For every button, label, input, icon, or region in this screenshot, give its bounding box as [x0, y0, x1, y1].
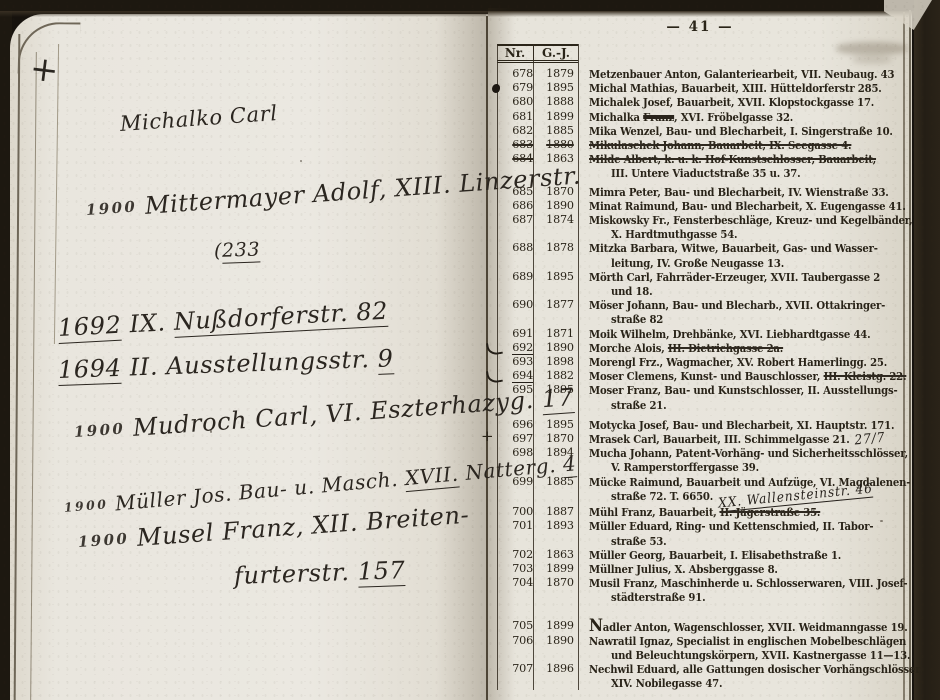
- directory-row: 7071896Nechwil Eduard, alle Gattungen do…: [498, 662, 912, 690]
- entry-year-cell: 1874: [538, 213, 582, 241]
- entry-number-cell: 695: [498, 383, 538, 411]
- printed-text: Morengl Frz., Wagmacher, XV. Robert Hame…: [589, 355, 887, 369]
- entry-text-line: Mörth Carl, Fahrräder-Erzeuger, XVII. Ta…: [589, 270, 880, 284]
- entry-text-line: Mühl Franz, Bauarbeit, II. Jägerstraße 3…: [589, 505, 880, 519]
- entry-year-cell: 1885: [538, 475, 582, 505]
- printed-text: Moser Franz, Bau- und Kunstschlosser, II…: [589, 383, 898, 397]
- printed-text: Franz: [643, 110, 674, 124]
- entry-year-cell: 1899: [538, 619, 582, 634]
- entry-number: 690: [512, 298, 533, 311]
- directory-row: 6841863Milde Albert, k. u. k. Hof-Kunsts…: [498, 152, 912, 180]
- directory-row: 6961895Motycka Josef, Bau- und Blecharbe…: [498, 418, 912, 432]
- column-header-nr: Nr.: [497, 46, 533, 60]
- handwritten-text: furterstr.: [234, 558, 359, 590]
- entry-text-cell: Mörth Carl, Fahrräder-Erzeuger, XVII. Ta…: [582, 270, 912, 298]
- entry-text-line: Morengl Frz., Wagmacher, XV. Robert Hame…: [589, 355, 887, 369]
- entry-number: 685: [512, 185, 533, 198]
- entry-text-line: Müller Eduard, Ring- und Kettenschmied, …: [589, 519, 880, 533]
- directory-row: 6791895Michal Mathias, Bauarbeit, XIII. …: [498, 81, 912, 95]
- entry-year-cell: 1896: [538, 662, 582, 690]
- entry-number: 703: [512, 562, 533, 575]
- entry-text-cell: Morengl Frz., Wagmacher, XV. Robert Hame…: [582, 355, 920, 369]
- entry-text-line: Nawratil Ignaz, Specialist in englischen…: [589, 634, 908, 648]
- column-header-gj: G.-J.: [533, 46, 578, 60]
- entry-number: 695: [512, 383, 533, 396]
- entry-number: 684: [512, 152, 533, 165]
- printed-text: II. Jägerstraße 35.: [720, 505, 820, 519]
- directory-row: 6881878Mitzka Barbara, Witwe, Bauarbeit,…: [498, 241, 912, 269]
- entry-year: 1895: [546, 270, 574, 283]
- gutter-shadow: [436, 14, 486, 700]
- entry-text-line: Motycka Josef, Bau- und Blecharbeit, XI.…: [589, 418, 894, 432]
- printed-text: Müller Georg, Bauarbeit, I. Elisabethstr…: [589, 548, 841, 562]
- entry-text-continuation: städterstraße 91.: [611, 590, 910, 604]
- entry-text-line: Michal Mathias, Bauarbeit, XIII. Hütteld…: [589, 81, 882, 95]
- entry-number: 706: [512, 634, 533, 647]
- entry-text-line: Moik Wilhelm, Drehbänke, XVI. Liebhardtg…: [589, 327, 880, 341]
- printed-text: N: [589, 616, 603, 636]
- entry-number-cell: 699: [498, 475, 538, 505]
- entry-year-cell: 1893: [538, 519, 582, 547]
- directory-row: 6941882Moser Clemens, Kunst- und Bauschl…: [498, 369, 912, 383]
- entry-text-line: Mika Wenzel, Bau- und Blecharbeit, I. Si…: [589, 124, 893, 138]
- printed-text: Miskowsky Fr., Fensterbeschläge, Kreuz- …: [589, 213, 913, 227]
- directory-row: 6921890Morche Alois, III. Dietrichgasse …: [498, 341, 912, 355]
- directory-row: 7021863Müller Georg, Bauarbeit, I. Elisa…: [498, 548, 912, 562]
- printed-text: leitung, IV. Große Neugasse 13.: [611, 256, 784, 270]
- printed-text: Morche Alois,: [589, 341, 668, 355]
- entry-year: 1863: [546, 548, 574, 561]
- entry-text-line: Mrasek Carl, Bauarbeit, III. Schimmelgas…: [589, 432, 886, 446]
- printed-text: III. Dietrichgasse 2a.: [668, 341, 783, 355]
- entry-year-cell: 1899: [538, 562, 582, 576]
- entry-text-cell: Mimra Peter, Bau- und Blecharbeit, IV. W…: [582, 185, 922, 199]
- entry-number: 691: [512, 327, 533, 340]
- handwritten-text: 1900: [85, 197, 145, 219]
- printed-text: Minat Raimund, Bau- und Blecharbeit, X. …: [589, 199, 906, 213]
- handwritten-text: 233: [222, 238, 261, 263]
- entry-year-cell: 1894: [538, 446, 582, 474]
- printed-text: Nawratil Ignaz, Specialist in englischen…: [589, 634, 906, 648]
- printed-text: straße 72. T. 6650.: [611, 489, 716, 503]
- entry-year: 1885: [546, 124, 574, 137]
- entry-number: 704: [512, 576, 533, 589]
- printed-text: Mühl Franz, Bauarbeit,: [589, 505, 720, 519]
- book-scan: + Michalko Carl1900 Mittermayer Adolf, X…: [0, 0, 940, 700]
- handwritten-entry: (233: [214, 238, 261, 262]
- printed-text: XIV. Nobilegasse 47.: [611, 676, 722, 690]
- entry-number-cell: 691: [498, 327, 538, 341]
- entry-number-cell: 683: [498, 138, 538, 152]
- entry-text-cell: Michalka Franz, XVI. Fröbelgasse 32.: [582, 110, 912, 124]
- entry-number-cell: 687: [498, 213, 538, 241]
- entry-year: 1895: [546, 383, 574, 396]
- entry-year: 1896: [546, 662, 574, 675]
- paper-speck: [300, 160, 302, 162]
- entry-year-cell: 1878: [538, 241, 582, 269]
- entry-year: 1895: [546, 418, 574, 431]
- printed-text: Milde Albert, k. u. k. Hof-Kunstschlosse…: [589, 152, 876, 166]
- directory-row: 6861890Minat Raimund, Bau- und Blecharbe…: [498, 199, 912, 213]
- entry-year: 1879: [546, 67, 574, 80]
- entry-text-cell: Müller Eduard, Ring- und Kettenschmied, …: [582, 519, 912, 547]
- printed-text: städterstraße 91.: [611, 590, 705, 604]
- printed-text: Mrasek Carl, Bauarbeit, III. Schimmelgas…: [589, 432, 853, 446]
- printed-text: , XVI. Fröbelgasse 32.: [674, 110, 793, 124]
- directory-row: 7031899Müllner Julius, X. Absberggasse 8…: [498, 562, 912, 576]
- entry-text-continuation: straße 53.: [611, 534, 882, 548]
- entry-text-continuation: und 18.: [611, 284, 882, 298]
- handwritten-text: 1900: [77, 529, 137, 551]
- table-header: Nr. G.-J.: [497, 44, 578, 63]
- entry-text-line: Moser Clemens, Kunst- und Bauschlosser, …: [589, 369, 906, 383]
- entry-number: 701: [512, 519, 533, 532]
- directory-row: +6971870Mrasek Carl, Bauarbeit, III. Sch…: [498, 432, 912, 446]
- directory-row: 7011893Müller Eduard, Ring- und Kettensc…: [498, 519, 912, 547]
- entry-year-cell: 1895: [538, 81, 582, 95]
- entry-year-cell: 1863: [538, 152, 582, 180]
- printed-text: straße 82: [611, 312, 663, 326]
- entry-year-cell: 1890: [538, 199, 582, 213]
- entry-text-cell: Miskowsky Fr., Fensterbeschläge, Kreuz- …: [582, 213, 940, 241]
- printed-text: Mika Wenzel, Bau- und Blecharbeit, I. Si…: [589, 124, 893, 138]
- entry-text-continuation: straße 72. T. 6650. XX. Wallensteinstr. …: [611, 489, 912, 505]
- entry-year-cell: 1877: [538, 298, 582, 326]
- entry-year: 1887: [546, 505, 574, 518]
- entry-number-cell: 707: [498, 662, 538, 690]
- printed-text: Mitzka Barbara, Witwe, Bauarbeit, Gas- u…: [589, 241, 878, 255]
- directory-row: 7001887Mühl Franz, Bauarbeit, II. Jägers…: [498, 505, 912, 519]
- entry-text-cell: Müllner Julius, X. Absberggasse 8.: [582, 562, 912, 576]
- printed-text: straße 21.: [611, 398, 666, 412]
- directory-row: 6931898Morengl Frz., Wagmacher, XV. Robe…: [498, 355, 912, 369]
- entry-text-continuation: und Beleuchtungskörpern, XVII. Kastnerga…: [611, 648, 910, 662]
- entry-year: 1870: [546, 185, 574, 198]
- printed-text: Moik Wilhelm, Drehbänke, XVI. Liebhardtg…: [589, 327, 870, 341]
- entry-year: 1895: [546, 81, 574, 94]
- ink-smudge: [836, 42, 908, 55]
- handwritten-text: IX.: [121, 308, 175, 339]
- entry-year-cell: 1898: [538, 355, 582, 369]
- entry-number-cell: 700: [498, 505, 538, 519]
- entry-text-line: Mucha Johann, Patent-Vorhäng- und Sicher…: [589, 446, 908, 460]
- entry-text-cell: Nadler Anton, Wagenschlosser, XVII. Weid…: [582, 619, 940, 634]
- entry-number-cell: 698: [498, 446, 538, 474]
- handwritten-entry: furterstr. 157: [234, 556, 406, 590]
- entry-text-line: Michalka Franz, XVI. Fröbelgasse 32.: [589, 110, 880, 124]
- printed-text: und Beleuchtungskörpern, XVII. Kastnerga…: [611, 648, 910, 662]
- entry-text-cell: Musil Franz, Maschinherde u. Schlosserwa…: [582, 576, 940, 604]
- entry-number: 689: [512, 270, 533, 283]
- entry-year-cell: 1887: [538, 505, 582, 519]
- printed-text: Motycka Josef, Bau- und Blecharbeit, XI.…: [589, 418, 894, 432]
- entry-year: 1898: [546, 355, 574, 368]
- handwritten-text: 1900: [63, 496, 115, 515]
- entry-text-cell: Mucha Johann, Patent-Vorhäng- und Sicher…: [582, 446, 940, 474]
- entry-number: 702: [512, 548, 533, 561]
- entry-year: 1870: [546, 432, 574, 445]
- entry-number: 680: [512, 95, 533, 108]
- entry-year-cell: 1871: [538, 327, 582, 341]
- entry-text-cell: Morche Alois, III. Dietrichgasse 2a.: [582, 341, 912, 355]
- printed-text: Mimra Peter, Bau- und Blecharbeit, IV. W…: [589, 185, 889, 199]
- entry-year: 1877: [546, 298, 574, 311]
- directory-row: 6801888Michalek Josef, Bauarbeit, XVII. …: [498, 95, 912, 109]
- directory-row: 6951895Moser Franz, Bau- und Kunstschlos…: [498, 383, 912, 411]
- entry-text-cell: Michal Mathias, Bauarbeit, XIII. Hütteld…: [582, 81, 914, 95]
- entry-number-cell: +697: [498, 432, 538, 446]
- entry-number-cell: 685: [498, 185, 538, 199]
- entry-number: 688: [512, 241, 533, 254]
- entry-number: 679: [512, 81, 533, 94]
- entry-text-line: Mitzka Barbara, Witwe, Bauarbeit, Gas- u…: [589, 241, 880, 255]
- entry-year-cell: 1870: [538, 432, 582, 446]
- entry-year: 1888: [546, 95, 574, 108]
- entry-text-line: Müllner Julius, X. Absberggasse 8.: [589, 562, 880, 576]
- entry-text-line: Mimra Peter, Bau- und Blecharbeit, IV. W…: [589, 185, 889, 199]
- entry-text-continuation: III. Untere Viaductstraße 35 u. 37.: [611, 166, 882, 180]
- entry-text-line: Michalek Josef, Bauarbeit, XVII. Klopsto…: [589, 95, 880, 109]
- entry-year-cell: 1890: [538, 634, 582, 662]
- entry-number-cell: 690: [498, 298, 538, 326]
- printed-text: Metzenbauer Anton, Galanteriearbeit, VII…: [589, 67, 894, 81]
- printed-text: Michalka: [589, 110, 643, 124]
- entry-number: 692: [512, 341, 533, 355]
- entry-year: 1878: [546, 241, 574, 254]
- entry-number: 705: [512, 619, 533, 632]
- handwritten-text: XVII.: [404, 462, 460, 493]
- entry-number-cell: 693: [498, 355, 538, 369]
- ink-smudge: [852, 56, 892, 64]
- entry-number-cell: 701: [498, 519, 538, 547]
- entry-number-cell: 692: [498, 341, 538, 355]
- entry-text-cell: Nechwil Eduard, alle Gattungen dosischer…: [582, 662, 940, 690]
- entry-year: 1890: [546, 634, 574, 647]
- handwritten-text: 157: [357, 556, 406, 588]
- entry-number-cell: 696: [498, 418, 538, 432]
- entry-number: 681: [512, 110, 533, 123]
- entry-year-cell: 1870: [538, 185, 582, 199]
- entry-year-cell: 1888: [538, 95, 582, 109]
- entry-text-cell: Moser Franz, Bau- und Kunstschlosser, II…: [582, 383, 932, 411]
- printed-text: Moser Clemens, Kunst- und Bauschlosser,: [589, 369, 824, 383]
- printed-text: und 18.: [611, 284, 652, 298]
- printed-text: Mucha Johann, Patent-Vorhäng- und Sicher…: [589, 446, 908, 460]
- entry-text-cell: Nawratil Ignaz, Specialist in englischen…: [582, 634, 940, 662]
- printed-text: straße 53.: [611, 534, 666, 548]
- entry-text-continuation: leitung, IV. Große Neugasse 13.: [611, 256, 882, 270]
- entry-number: 697: [512, 432, 533, 445]
- entry-text-cell: Moik Wilhelm, Drehbänke, XVI. Liebhardtg…: [582, 327, 912, 341]
- entry-text-cell: Mika Wenzel, Bau- und Blecharbeit, I. Si…: [582, 124, 926, 138]
- entry-year-cell: 1885: [538, 124, 582, 138]
- entry-number-cell: 702: [498, 548, 538, 562]
- entry-text-line: Milde Albert, k. u. k. Hof-Kunstschlosse…: [589, 152, 880, 166]
- entry-number: 696: [512, 418, 533, 431]
- blot-annotation-mark: [492, 84, 500, 93]
- entry-text-continuation: straße 21.: [611, 398, 900, 412]
- printed-text: Nechwil Eduard, alle Gattungen dosischer…: [589, 662, 923, 676]
- entry-year-cell: 1880: [538, 138, 582, 152]
- directory-row: 7051899Nadler Anton, Wagenschlosser, XVI…: [498, 619, 912, 634]
- entry-number: 707: [512, 662, 533, 675]
- entry-number-cell: 706: [498, 634, 538, 662]
- printed-text: Müller Eduard, Ring- und Kettenschmied, …: [589, 519, 873, 533]
- directory-row: 6781879Metzenbauer Anton, Galanteriearbe…: [498, 67, 912, 81]
- entry-text-line: Miskowsky Fr., Fensterbeschläge, Kreuz- …: [589, 213, 913, 227]
- entry-number: 693: [512, 355, 533, 368]
- entry-year-cell: 1895: [538, 418, 582, 432]
- entry-year-cell: 1863: [538, 548, 582, 562]
- printed-text: III. Kleistg. 22.: [824, 369, 907, 383]
- entry-text-line: Morche Alois, III. Dietrichgasse 2a.: [589, 341, 880, 355]
- entry-year: 1882: [546, 369, 574, 382]
- entry-text-cell: Mitzka Barbara, Witwe, Bauarbeit, Gas- u…: [582, 241, 912, 269]
- handwritten-cross-mark: +: [28, 48, 61, 91]
- entry-number: 700: [512, 505, 533, 518]
- entry-year: 1899: [546, 562, 574, 575]
- handwritten-correction: 27/7: [854, 431, 886, 448]
- entry-text-line: Möser Johann, Bau- und Blecharb., XVII. …: [589, 298, 885, 312]
- entry-text-line: Moser Franz, Bau- und Kunstschlosser, II…: [589, 383, 898, 397]
- entry-text-continuation: XIV. Nobilegasse 47.: [611, 676, 925, 690]
- entry-year: 1890: [546, 199, 574, 212]
- entry-number: 678: [512, 67, 533, 80]
- entry-number-cell: 680: [498, 95, 538, 109]
- directory-row: 6851870Mimra Peter, Bau- und Blecharbeit…: [498, 185, 912, 199]
- entry-year: 1880: [546, 138, 574, 151]
- handwritten-text: 1692: [57, 311, 122, 344]
- handwritten-text: 9: [377, 344, 394, 375]
- entry-number-cell: 694: [498, 369, 538, 383]
- entry-number-cell: 688: [498, 241, 538, 269]
- entry-year: 1894: [546, 446, 574, 459]
- directory-row: 6981894Mucha Johann, Patent-Vorhäng- und…: [498, 446, 912, 474]
- entry-year-cell: 1890: [538, 341, 582, 355]
- entry-year: 1874: [546, 213, 574, 226]
- binding-top-edge: [0, 0, 940, 11]
- printed-text: Mikulaschek Johann, Bauarbeit, IX. Seega…: [589, 138, 851, 152]
- entry-number-cell: 684: [498, 152, 538, 180]
- entry-year: 1899: [546, 619, 574, 632]
- entry-text-cell: Michalek Josef, Bauarbeit, XVII. Klopsto…: [582, 95, 912, 109]
- entry-number: 699: [512, 475, 533, 488]
- handwritten-text: 1900: [73, 419, 133, 441]
- entry-text-cell: Müller Georg, Bauarbeit, I. Elisabethstr…: [582, 548, 912, 562]
- entry-year-cell: 1895: [538, 270, 582, 298]
- entry-text-cell: Mücke Raimund, Bauarbeit und Aufzüge, VI…: [582, 475, 940, 505]
- entry-number: 698: [512, 446, 533, 459]
- entry-number-cell: 681: [498, 110, 538, 124]
- entry-year: 1885: [546, 475, 574, 488]
- printed-text: Müllner Julius, X. Absberggasse 8.: [589, 562, 778, 576]
- entry-text-line: Nadler Anton, Wagenschlosser, XVII. Weid…: [589, 619, 908, 634]
- printed-text: adler Anton, Wagenschlosser, XVII. Weidm…: [603, 620, 908, 634]
- entry-number-cell: 679: [498, 81, 538, 95]
- directory-row: 6821885Mika Wenzel, Bau- und Blecharbeit…: [498, 124, 912, 138]
- printed-text: Möser Johann, Bau- und Blecharb., XVII. …: [589, 298, 885, 312]
- entry-text-line: Müller Georg, Bauarbeit, I. Elisabethstr…: [589, 548, 880, 562]
- plus-annotation-mark: +: [481, 429, 493, 443]
- entry-year: 1890: [546, 341, 574, 354]
- entry-text-continuation: X. Hardtmuthgasse 54.: [611, 227, 915, 241]
- entry-number: 686: [512, 199, 533, 212]
- printed-text: Michal Mathias, Bauarbeit, XIII. Hütteld…: [589, 81, 882, 95]
- directory-row: 7061890Nawratil Ignaz, Specialist in eng…: [498, 634, 912, 662]
- directory-row: 6891895Mörth Carl, Fahrräder-Erzeuger, X…: [498, 270, 912, 298]
- entry-text-cell: Mühl Franz, Bauarbeit, II. Jägerstraße 3…: [582, 505, 912, 519]
- entry-text-line: Musil Franz, Maschinherde u. Schlosserwa…: [589, 576, 907, 590]
- entry-text-line: Nechwil Eduard, alle Gattungen dosischer…: [589, 662, 923, 676]
- entry-text-cell: Minat Raimund, Bau- und Blecharbeit, X. …: [582, 199, 940, 213]
- entry-number-cell: 682: [498, 124, 538, 138]
- entry-year-cell: 1882: [538, 369, 582, 383]
- directory-row: 6831880Mikulaschek Johann, Bauarbeit, IX…: [498, 138, 912, 152]
- printed-text: III. Untere Viaductstraße 35 u. 37.: [611, 166, 800, 180]
- page-gutter-line: [486, 16, 488, 700]
- entry-text-cell: Moser Clemens, Kunst- und Bauschlosser, …: [582, 369, 940, 383]
- entry-text-cell: Milde Albert, k. u. k. Hof-Kunstschlosse…: [582, 152, 912, 180]
- entry-text-cell: Mikulaschek Johann, Bauarbeit, IX. Seega…: [582, 138, 912, 152]
- entry-number-cell: 703: [498, 562, 538, 576]
- entry-number: 687: [512, 213, 533, 226]
- printed-text: X. Hardtmuthgasse 54.: [611, 227, 737, 241]
- entry-text-cell: Metzenbauer Anton, Galanteriearbeit, VII…: [582, 67, 928, 81]
- printed-text: Mörth Carl, Fahrräder-Erzeuger, XVII. Ta…: [589, 270, 880, 284]
- entry-text-line: Mikulaschek Johann, Bauarbeit, IX. Seega…: [589, 138, 880, 152]
- entry-text-line: Minat Raimund, Bau- und Blecharbeit, X. …: [589, 199, 906, 213]
- entry-year: 1871: [546, 327, 574, 340]
- entry-text-continuation: V. Ramperstorffergasse 39.: [611, 460, 910, 474]
- entry-number-cell: 704: [498, 576, 538, 604]
- printed-text: V. Ramperstorffergasse 39.: [611, 460, 759, 474]
- entry-text-continuation: straße 82: [611, 312, 887, 326]
- entry-number-cell: 686: [498, 199, 538, 213]
- printed-text: Michalek Josef, Bauarbeit, XVII. Klopsto…: [589, 95, 874, 109]
- entry-number-cell: 705: [498, 619, 538, 634]
- entry-text-cell: Möser Johann, Bau- und Blecharb., XVII. …: [582, 298, 918, 326]
- entry-year: 1899: [546, 110, 574, 123]
- entry-year-cell: 1879: [538, 67, 582, 81]
- printed-text: Musil Franz, Maschinherde u. Schlosserwa…: [589, 576, 907, 590]
- page-number: — 41 —: [600, 19, 800, 35]
- directory-row: 6811899Michalka Franz, XVI. Fröbelgasse …: [498, 110, 912, 124]
- entry-number-cell: 678: [498, 67, 538, 81]
- entry-number: 682: [512, 124, 533, 137]
- entry-year-cell: 1899: [538, 110, 582, 124]
- entry-text-cell: Mrasek Carl, Bauarbeit, III. Schimmelgas…: [582, 432, 919, 446]
- directory-row: 6911871Moik Wilhelm, Drehbänke, XVI. Lie…: [498, 327, 912, 341]
- directory-rows: 6781879Metzenbauer Anton, Galanteriearbe…: [498, 67, 912, 691]
- entry-year-cell: 1870: [538, 576, 582, 604]
- directory-row: 7041870Musil Franz, Maschinherde u. Schl…: [498, 576, 912, 604]
- directory-row: 6991885Mücke Raimund, Bauarbeit und Aufz…: [498, 475, 912, 505]
- entry-text-line: Metzenbauer Anton, Galanteriearbeit, VII…: [589, 67, 894, 81]
- entry-number-cell: 689: [498, 270, 538, 298]
- entry-number: 683: [512, 138, 533, 151]
- entry-number: 694: [512, 369, 533, 383]
- directory-row: 6901877Möser Johann, Bau- und Blecharb.,…: [498, 298, 912, 326]
- entry-year: 1893: [546, 519, 574, 532]
- entry-year-cell: 1895: [538, 383, 582, 411]
- directory-row: 6871874Miskowsky Fr., Fensterbeschläge, …: [498, 213, 912, 241]
- handwritten-text: 1694: [58, 354, 122, 386]
- entry-year: 1870: [546, 576, 574, 589]
- entry-year: 1863: [546, 152, 574, 165]
